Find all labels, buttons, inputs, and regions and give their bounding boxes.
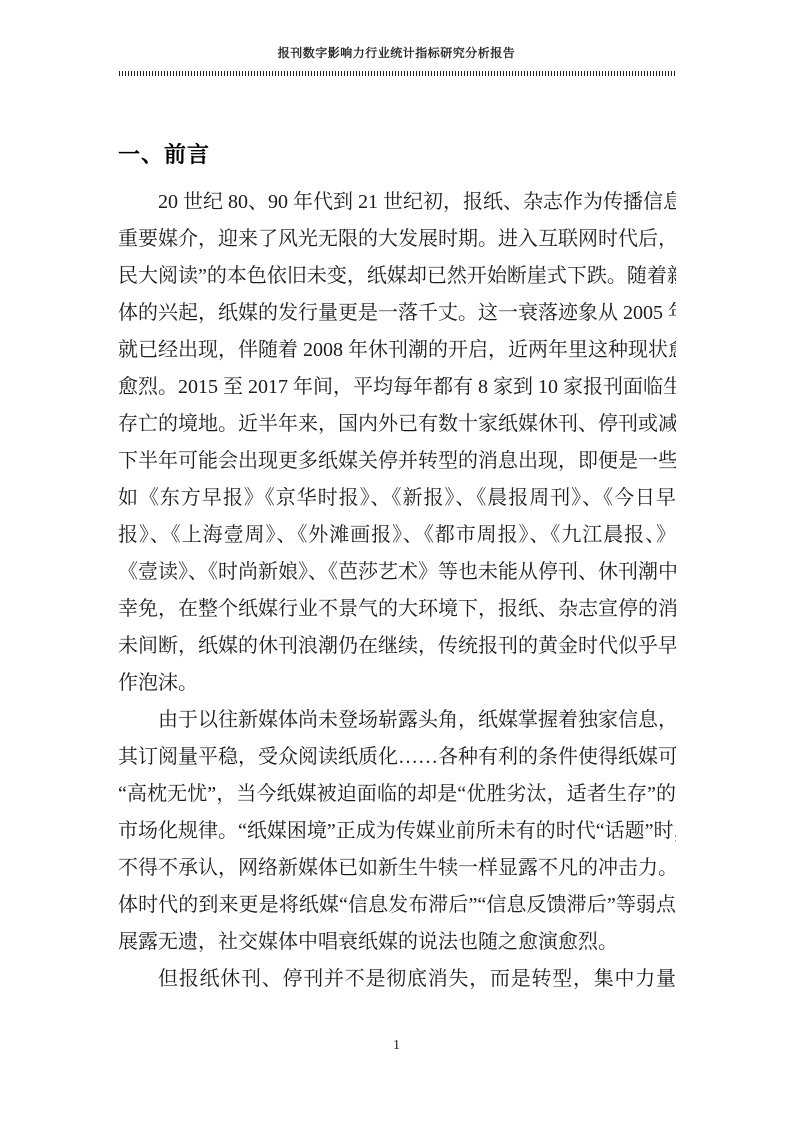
paragraph-line: 就已经出现，伴随着 2008 年休刊潮的开启，近两年里这种现状愈演	[118, 332, 676, 369]
paragraph: 但报纸休刊、停刊并不是彻底消失，而是转型，集中力量向新媒	[118, 961, 676, 998]
paragraph-line: 市场化规律。“纸媒困境”正成为传媒业前所未有的时代“话题”时，	[118, 813, 676, 850]
section-title: 一、前言	[118, 141, 676, 168]
page-number: 1	[0, 1038, 793, 1054]
paragraph-line: 体的兴起，纸媒的发行量更是一落千丈。这一衰落迹象从 2005 年初	[118, 295, 676, 332]
paragraph-line: 未间断，纸媒的休刊浪潮仍在继续，传统报刊的黄金时代似乎早已化	[118, 628, 676, 665]
paragraph-line: 不得不承认，网络新媒体已如新生牛犊一样显露不凡的冲击力。新媒	[118, 850, 676, 887]
paragraph-line: 愈烈。2015 至 2017 年间，平均每年都有 8 家到 10 家报刊面临生死	[118, 369, 676, 406]
running-header: 报刊数字影响力行业统计指标研究分析报告	[0, 44, 793, 61]
paragraph-line: 重要媒介，迎来了风光无限的大发展时期。进入互联网时代后，“全	[118, 221, 676, 258]
paragraph-line: 体时代的到来更是将纸媒“信息发布滞后”“信息反馈滞后”等弱点	[118, 887, 676, 924]
paragraph-line: 存亡的境地。近半年来，国内外已有数十家纸媒休刊、停刊或减版，	[118, 406, 676, 443]
paragraph-line: 报》、《上海壹周》、《外滩画报》、《都市周报》、《九江晨报、》	[118, 517, 676, 554]
paragraph-line: 作泡沫。	[118, 665, 676, 702]
paragraph-line: 下半年可能会出现更多纸媒关停并转型的消息出现，即便是一些大报	[118, 443, 676, 480]
paragraph-line: 20 世纪 80、90 年代到 21 世纪初，报纸、杂志作为传播信息的	[118, 184, 676, 221]
body-paragraphs: 20 世纪 80、90 年代到 21 世纪初，报纸、杂志作为传播信息的重要媒介，…	[118, 184, 676, 998]
paragraph-line: 展露无遗，社交媒体中唱衰纸媒的说法也随之愈演愈烈。	[118, 924, 676, 961]
paragraph: 20 世纪 80、90 年代到 21 世纪初，报纸、杂志作为传播信息的重要媒介，…	[118, 184, 676, 702]
document-page: 报刊数字影响力行业统计指标研究分析报告 一、前言 20 世纪 80、90 年代到…	[0, 0, 793, 1122]
paragraph-line: 由于以往新媒体尚未登场崭露头角，纸媒掌握着独家信息，所以	[118, 702, 676, 739]
paragraph-line: 民大阅读”的本色依旧未变，纸媒却已然开始断崖式下跌。随着新媒	[118, 258, 676, 295]
paragraph-line: “高枕无忧”，当今纸媒被迫面临的却是“优胜劣汰，适者生存”的	[118, 776, 676, 813]
paragraph-line: 幸免，在整个纸媒行业不景气的大环境下，报纸、杂志宣停的消息从	[118, 591, 676, 628]
paragraph-line: 如《东方早报》《京华时报》、《新报》、《晨报周刊》、《今日早	[118, 480, 676, 517]
header-rule	[119, 71, 677, 76]
paragraph-line: 其订阅量平稳，受众阅读纸质化……各种有利的条件使得纸媒可以	[118, 739, 676, 776]
paragraph: 由于以往新媒体尚未登场崭露头角，纸媒掌握着独家信息，所以其订阅量平稳，受众阅读纸…	[118, 702, 676, 961]
paragraph-line: 但报纸休刊、停刊并不是彻底消失，而是转型，集中力量向新媒	[118, 961, 676, 998]
document-body: 一、前言 20 世纪 80、90 年代到 21 世纪初，报纸、杂志作为传播信息的…	[118, 141, 676, 998]
paragraph-line: 《壹读》、《时尚新娘》、《芭莎艺术》等也未能从停刊、休刊潮中	[118, 554, 676, 591]
